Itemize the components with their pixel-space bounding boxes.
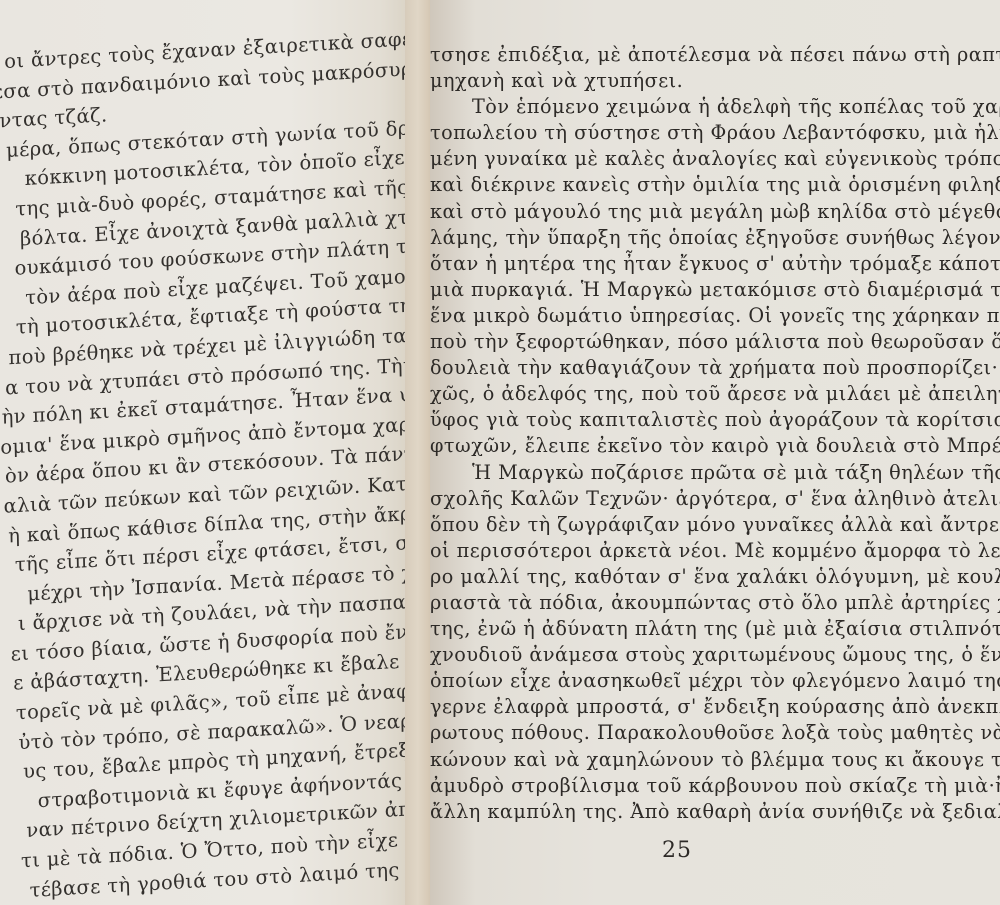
- text-line: γερνε ἐλαφρὰ μπροστά, σ' ἔνδειξη κούραση…: [430, 694, 990, 720]
- text-line: ριαστὰ τὰ πόδια, ἀκουμπώντας στὸ ὅλο μπλ…: [430, 590, 990, 616]
- text-line: μιὰ πυρκαγιά. Ἡ Μαργκὼ μετακόμισε στὸ δι…: [430, 277, 990, 303]
- text-line: τσησε ἐπιδέξια, μὲ ἀποτέλεσμα νὰ πέσει π…: [430, 42, 990, 68]
- text-line: καὶ διέκρινε κανεὶς στὴν ὁμιλία της μιὰ …: [430, 172, 990, 198]
- book-spread: οι ἄντρες τοὺς ἔχαναν ἐξαιρετικὰ σαφεῖς …: [0, 0, 1000, 905]
- text-line: ἕνα μικρὸ δωμάτιο ὑπηρεσίας. Οἱ γονεῖς τ…: [430, 303, 990, 329]
- text-line: ἀμυδρὸ στροβίλισμα τοῦ κάρβουνου ποὺ σκί…: [430, 773, 990, 799]
- text-line: σχολῆς Καλῶν Τεχνῶν· ἀργότερα, σ' ἕνα ἀλ…: [430, 486, 990, 512]
- text-line: ὅταν ἡ μητέρα της ἦταν ἔγκυος σ' αὐτὴν τ…: [430, 251, 990, 277]
- text-line: ἄλλη καμπύλη της. Ἀπὸ καθαρὴ ἀνία συνήθι…: [430, 799, 990, 825]
- text-line: ρωτους πόθους. Παρακολουθοῦσε λοξὰ τοὺς …: [430, 720, 990, 746]
- text-line: καὶ στὸ μάγουλό της μιὰ μεγάλη μὼβ κηλίδ…: [430, 199, 990, 225]
- text-line: Ἡ Μαργκὼ ποζάρισε πρῶτα σὲ μιὰ τάξη θηλέ…: [430, 460, 990, 486]
- left-page: οι ἄντρες τοὺς ἔχαναν ἐξαιρετικὰ σαφεῖς …: [0, 0, 412, 905]
- text-line: Τὸν ἑπόμενο χειμώνα ἡ ἀδελφὴ τῆς κοπέλας…: [430, 94, 990, 120]
- text-line: ποὺ τὴν ξεφορτώθηκαν, πόσο μάλιστα ποὺ θ…: [430, 329, 990, 355]
- text-line: ὁποίων εἶχε ἀνασηκωθεῖ μέχρι τὸν φλεγόμε…: [430, 668, 990, 694]
- text-line: ὕφος γιὰ τοὺς καπιταλιστὲς ποὺ ἀγοράζουν…: [430, 407, 990, 433]
- page-number: 25: [662, 838, 692, 863]
- text-line: λάμης, τὴν ὕπαρξη τῆς ὁποίας ἐξηγοῦσε συ…: [430, 225, 990, 251]
- text-line: μένη γυναίκα μὲ καλὲς ἀναλογίες καὶ εὐγε…: [430, 146, 990, 172]
- right-page: τσησε ἐπιδέξια, μὲ ἀποτέλεσμα νὰ πέσει π…: [430, 0, 1000, 905]
- text-line: ὅπου δὲν τὴ ζωγράφιζαν μόνο γυναῖκες ἀλλ…: [430, 512, 990, 538]
- text-line: ρο μαλλί της, καθόταν σ' ἕνα χαλάκι ὁλόγ…: [430, 564, 990, 590]
- text-line: κώνουν καὶ νὰ χαμηλώνουν τὸ βλέμμα τους …: [430, 747, 990, 773]
- text-line: οἱ περισσότεροι ἀρκετὰ νέοι. Μὲ κομμένο …: [430, 538, 990, 564]
- text-line: της, ἐνῶ ἡ ἀδύνατη πλάτη της (μὲ μιὰ ἐξα…: [430, 616, 990, 642]
- text-line: φτωχῶν, ἔλειπε ἐκεῖνο τὸν καιρὸ γιὰ δουλ…: [430, 433, 990, 459]
- text-line: μηχανὴ καὶ νὰ χτυπήσει.: [430, 68, 990, 94]
- text-line: δουλειὰ τὴν καθαγιάζουν τὰ χρήματα ποὺ π…: [430, 355, 990, 381]
- right-page-text: τσησε ἐπιδέξια, μὲ ἀποτέλεσμα νὰ πέσει π…: [430, 42, 990, 825]
- text-line: χνουδιοῦ ἀνάμεσα στοὺς χαριτωμένους ὤμου…: [430, 642, 990, 668]
- left-page-text: οι ἄντρες τοὺς ἔχαναν ἐξαιρετικὰ σαφεῖς …: [0, 23, 412, 905]
- text-line: χῶς, ὁ ἀδελφός της, ποὺ τοῦ ἄρεσε νὰ μιλ…: [430, 381, 990, 407]
- text-line: τοπωλείου τὴ σύστησε στὴ Φράου Λεβαντόφσ…: [430, 120, 990, 146]
